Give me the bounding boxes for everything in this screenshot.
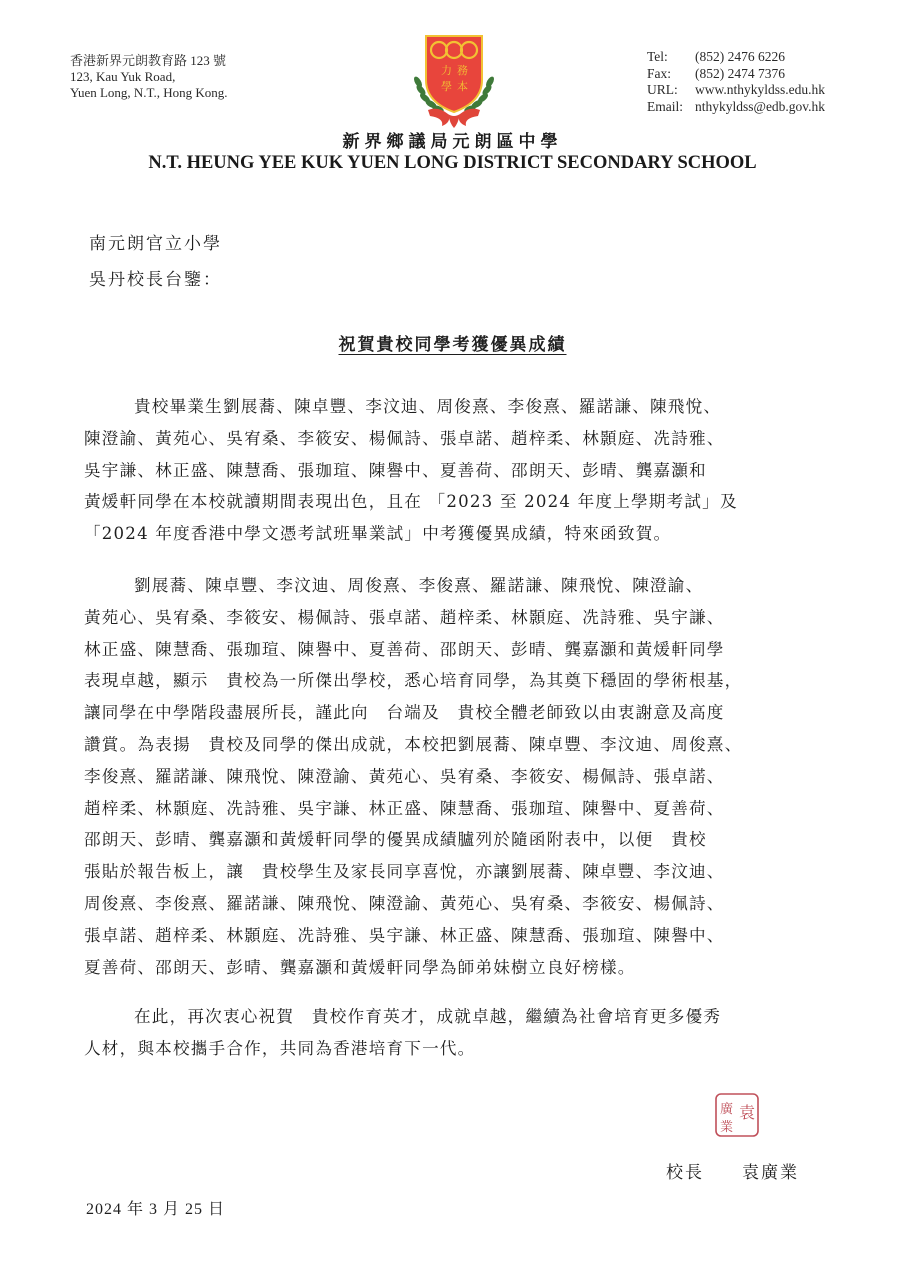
contact-fax: Fax: (852) 2474 7376 (647, 66, 825, 83)
school-name-en: N.T. HEUNG YEE KUK YUEN LONG DISTRICT SE… (0, 153, 905, 174)
paragraph-line: 吳宇謙、林正盛、陳慧喬、張珈瑄、陳譽中、夏善荷、邵朗天、彭晴、龔嘉灝和 (84, 455, 828, 487)
body-paragraph-3: 在此，再次衷心祝賀 貴校作育英才，成就卓越，繼續為社會培育更多優秀 人材，與本校… (84, 1001, 828, 1065)
address-line-en-1: 123, Kau Yuk Road, (70, 69, 228, 85)
paragraph-line: 陳澄諭、黃苑心、吳宥桑、李筱安、楊佩詩、張卓諾、趙梓柔、林顥庭、冼詩雅、 (84, 423, 828, 455)
paragraph-line: 周俊熹、李俊熹、羅諾謙、陳飛悅、陳澄諭、黃苑心、吳宥桑、李筱安、楊佩詩、 (84, 888, 828, 920)
signature-title: 校長 (666, 1163, 704, 1183)
paragraph-line: 黃煖軒同學在本校就讀期間表現出色，且在 「2023 至 2024 年度上學期考試… (84, 486, 828, 518)
paragraph-line: 張貼於報告板上，讓 貴校學生及家長同享喜悅，亦讓劉展蕎、陳卓豐、李汶迪、 (84, 856, 828, 888)
contact-tel: Tel: (852) 2476 6226 (647, 49, 825, 66)
paragraph-line: 林正盛、陳慧喬、張珈瑄、陳譽中、夏善荷、邵朗天、彭晴、龔嘉灝和黃煖軒同學 (84, 634, 828, 666)
letter-title: 祝賀貴校同學考獲優異成績 (0, 330, 905, 355)
address-line-en-2: Yuen Long, N.T., Hong Kong. (70, 85, 228, 101)
contact-value: (852) 2476 6226 (695, 49, 785, 66)
recipient-salutation: 吳丹校長台鑒： (89, 265, 222, 290)
paragraph-line: 在此，再次衷心祝賀 貴校作育英才，成就卓越，繼續為社會培育更多優秀 (84, 1001, 828, 1033)
seal-char: 袁 (739, 1103, 755, 1122)
body-paragraph-2: 劉展蕎、陳卓豐、李汶迪、周俊熹、李俊熹、羅諾謙、陳飛悅、陳澄諭、 黃苑心、吳宥桑… (84, 570, 828, 983)
paragraph-line: 貴校畢業生劉展蕎、陳卓豐、李汶迪、周俊熹、李俊熹、羅諾謙、陳飛悅、 (84, 391, 828, 423)
seal-char: 業 (720, 1119, 733, 1135)
motto-char: 力 (441, 63, 452, 77)
contact-label: Tel: (647, 49, 695, 66)
signature-name: 袁廣業 (742, 1163, 799, 1183)
contact-url: URL: www.nthykyldss.edu.hk (647, 82, 825, 99)
contact-label: Email: (647, 99, 695, 116)
paragraph-line: 表現卓越，顯示 貴校為一所傑出學校，悉心培育同學，為其奠下穩固的學術根基， (84, 665, 828, 697)
seal-char: 廣 (720, 1102, 734, 1117)
paragraph-line: 夏善荷、邵朗天、彭晴、龔嘉灝和黃煖軒同學為師弟妹樹立良好榜樣。 (84, 952, 828, 984)
paragraph-line: 人材，與本校攜手合作，共同為香港培育下一代。 (84, 1033, 828, 1065)
paragraph-line: 邵朗天、彭晴、龔嘉灝和黃煖軒同學的優異成績臚列於隨函附表中，以便 貴校 (84, 824, 828, 856)
contact-value[interactable]: nthykyldss@edb.gov.hk (695, 99, 825, 116)
motto-char: 務 (457, 64, 468, 77)
school-address: 香港新界元朗教育路 123 號 123, Kau Yuk Road, Yuen … (70, 53, 228, 101)
paragraph-line: 讓同學在中學階段盡展所長，謹此向 台端及 貴校全體老師致以由衷謝意及高度 (84, 697, 828, 729)
contact-email: Email: nthykyldss@edb.gov.hk (647, 99, 825, 116)
contact-label: Fax: (647, 66, 695, 83)
body-paragraph-1: 貴校畢業生劉展蕎、陳卓豐、李汶迪、周俊熹、李俊熹、羅諾謙、陳飛悅、 陳澄諭、黃苑… (84, 391, 828, 550)
paragraph-line: 讚賞。為表揚 貴校及同學的傑出成就，本校把劉展蕎、陳卓豐、李汶迪、周俊熹、 (84, 729, 828, 761)
school-name-cn: 新界鄉議局元朗區中學 (0, 127, 905, 152)
principal-seal: 袁 廣 業 (714, 1092, 760, 1138)
paragraph-line: 劉展蕎、陳卓豐、李汶迪、周俊熹、李俊熹、羅諾謙、陳飛悅、陳澄諭、 (84, 570, 828, 602)
motto-char: 本 (457, 79, 468, 93)
paragraph-line: 李俊熹、羅諾謙、陳飛悅、陳澄諭、黃苑心、吳宥桑、李筱安、楊佩詩、張卓諾、 (84, 761, 828, 793)
school-crest-icon: 力 務 學 本 (408, 30, 500, 130)
paragraph-line: 「2024 年度香港中學文憑考試班畢業試」中考獲優異成績，特來函致賀。 (84, 518, 828, 550)
paragraph-line: 黃苑心、吳宥桑、李筱安、楊佩詩、張卓諾、趙梓柔、林顥庭、冼詩雅、吳宇謙、 (84, 602, 828, 634)
recipient-school: 南元朗官立小學 (89, 229, 222, 254)
motto-char: 學 (441, 80, 452, 93)
contact-info: Tel: (852) 2476 6226 Fax: (852) 2474 737… (647, 49, 825, 115)
paragraph-line: 趙梓柔、林顥庭、冼詩雅、吳宇謙、林正盛、陳慧喬、張珈瑄、陳譽中、夏善荷、 (84, 793, 828, 825)
letter-date: 2024 年 3 月 25 日 (86, 1196, 225, 1219)
signature: 校長 袁廣業 (666, 1158, 799, 1183)
address-line-cn: 香港新界元朗教育路 123 號 (70, 53, 228, 69)
paragraph-line: 張卓諾、趙梓柔、林顥庭、冼詩雅、吳宇謙、林正盛、陳慧喬、張珈瑄、陳譽中、 (84, 920, 828, 952)
contact-value: (852) 2474 7376 (695, 66, 785, 83)
contact-value[interactable]: www.nthykyldss.edu.hk (695, 82, 825, 99)
contact-label: URL: (647, 82, 695, 99)
